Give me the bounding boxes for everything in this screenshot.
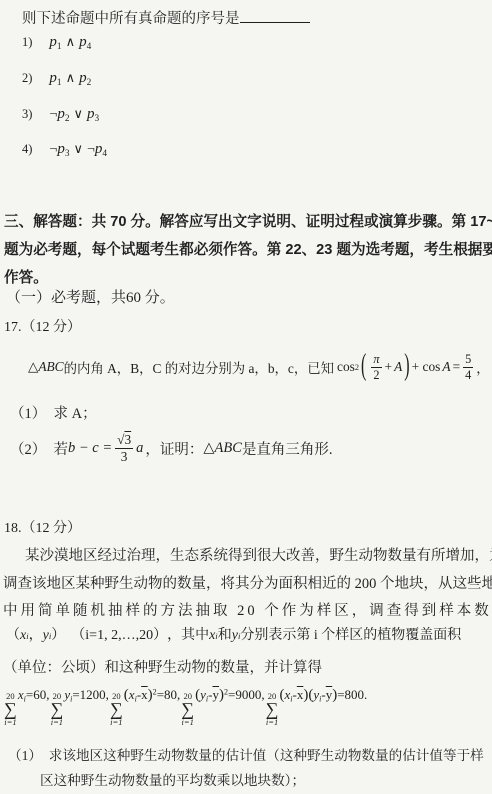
sigma-sum: 20∑i=1 (181, 692, 194, 726)
proposition-item-2: 2)p1∧p2 (22, 69, 91, 88)
prop-number: 4) (22, 142, 32, 156)
sigma-icon: ∑ (4, 701, 17, 718)
index-range: （i=1, 2,…,20） (71, 624, 167, 644)
right-paren: ) (404, 350, 409, 384)
subsection-heading: （一）必考题，共60 分。 (6, 286, 175, 307)
q18-sum-formula: 20∑i=1xi=60, 20∑i=1yi=1200, 20∑i=1(xi-x)… (3, 684, 367, 730)
section-heading: 三、解答题：共 70 分。解答应写出文字说明、证明过程或演算步骤。第 17~21… (4, 208, 492, 292)
fraction-5-4: 54 (463, 352, 473, 383)
triangle-symbol: △ (203, 440, 214, 457)
q18-part1-line-2: 区这种野生动物数量的平均数乘以地块数）； (40, 769, 305, 789)
section-heading-line-1: 三、解答题：共 70 分。解答应写出文字说明、证明过程或演算步骤。第 17~21 (4, 208, 492, 236)
q18-sample-data-line: （xi， yi）（i=1, 2,…,20），其中 xi 和 yi 分别表示第 i… (6, 624, 461, 644)
sigma-icon: ∑ (181, 701, 194, 718)
q18-part1-line-1: （1） 求该地区这种野生动物数量的估计值（这种野生动物数量的估计值等于样 (8, 744, 484, 764)
prop-number: 1) (22, 35, 32, 49)
section-heading-line-2: 题为必考题，每个试题考生都必须作答。第 22、23 题为选考题，考生根据要求 (4, 236, 492, 264)
prop-number: 3) (22, 107, 32, 121)
sigma-icon: ∑ (110, 701, 123, 718)
fill-blank-prompt: 则下述命题中所有真命题的序号是 (22, 7, 310, 28)
prop-formula: ¬p3∨¬p4 (49, 141, 107, 157)
q18-header: 18.（12 分） (4, 517, 81, 537)
q17-part2: （2） 若 b − c =√33a，证明：△ABC是直角三角形. (10, 428, 333, 468)
prop-formula: ¬p2∨p3 (49, 106, 99, 122)
sum-term-4: 20∑i=1(yi-y)2=9000, (180, 687, 264, 726)
prop-number: 2) (22, 71, 32, 85)
q18-para-line-3: 中用简单随机抽样的方法抽取 20 个作为样区，调查得到样本数据 (3, 599, 492, 620)
answer-blank (240, 19, 310, 23)
q18-para-line-2: 调查该地区某种野生动物的数量，将其分为面积相近的 200 个地块，从这些地块 (3, 572, 492, 593)
sigma-sum: 20∑i=1 (50, 692, 63, 726)
proposition-item-1: 1)p1∧p4 (22, 33, 91, 52)
sum-term-2: 20∑i=1yi=1200, (49, 687, 108, 726)
q18-para-line-1: 某沙漠地区经过治理，生态系统得到很大改善，野生动物数量有所增加，为 (25, 544, 492, 565)
q18-unit-line: （单位：公顷）和这种野生动物的数量，并计算得 (3, 656, 322, 677)
fill-blank-text: 则下述命题中所有真命题的序号是 (22, 11, 240, 27)
q17-intro: △ABC的内角 A，B，C 的对边分别为 a，b，c，已知cos2(π2+A)+… (28, 345, 490, 389)
sigma-icon: ∑ (266, 701, 279, 718)
q17-header: 17.（12 分） (4, 316, 81, 336)
fraction-sqrt3-3: √33 (115, 432, 133, 465)
prop-formula: p1∧p2 (49, 70, 91, 86)
cos-term: cos (337, 359, 355, 375)
proposition-item-3: 3)¬p2∨p3 (22, 105, 99, 124)
sigma-sum: 20∑i=1 (266, 692, 279, 726)
sigma-icon: ∑ (50, 701, 63, 718)
left-paren: ( (361, 350, 366, 384)
sigma-sum: 20∑i=1 (110, 692, 123, 726)
sqrt-3: √3 (115, 432, 133, 449)
sum-term-5: 20∑i=1(xi-x)(yi-y)=800. (265, 687, 368, 726)
exam-page: 则下述命题中所有真命题的序号是 1)p1∧p4 2)p1∧p2 3)¬p2∨p3… (0, 0, 492, 794)
fraction-pi-2: π2 (371, 352, 381, 383)
proposition-item-4: 4)¬p3∨¬p4 (22, 140, 107, 159)
prop-formula: p1∧p4 (49, 34, 91, 50)
q17-part1: （1） 求 A； (10, 402, 97, 423)
sum-term-3: 20∑i=1(xi-x)2=80, (109, 687, 180, 726)
sum-term-1: 20∑i=1xi=60, (3, 687, 49, 726)
sigma-sum: 20∑i=1 (4, 692, 17, 726)
triangle-symbol: △ (28, 359, 38, 375)
